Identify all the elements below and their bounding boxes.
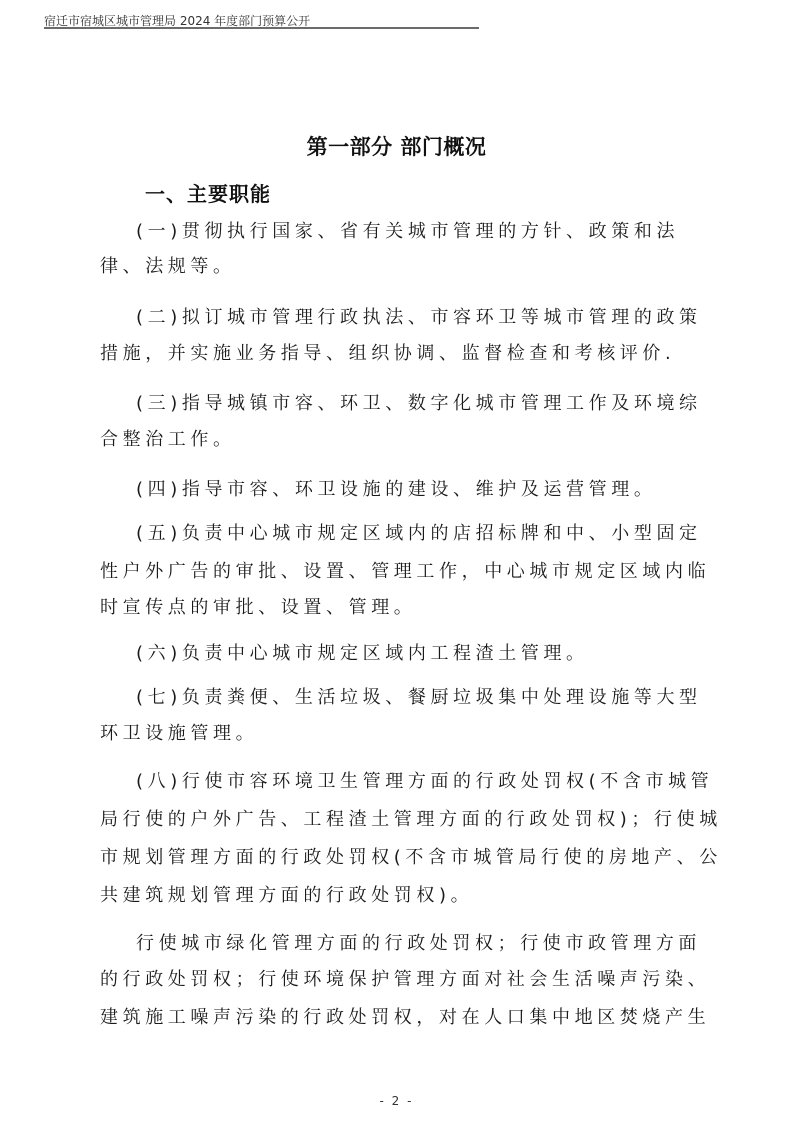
paragraph-line: 时宣传点的审批、设置、管理。: [100, 590, 416, 626]
paragraph-line: 局行使的户外广告、工程渣土管理方面的行政处罚权)；行使城: [100, 802, 722, 838]
paragraph-line: (三)指导城镇市容、环卫、数字化城市管理工作及环境综: [136, 386, 702, 422]
paragraph-line: (八)行使市容环境卫生管理方面的行政处罚权(不含市城管: [136, 764, 713, 800]
paragraph-line: 行使城市绿化管理方面的行政处罚权；行使市政管理方面: [136, 926, 701, 962]
paragraph-line: 措施，并实施业务指导、组织协调、监督检查和考核评价.: [100, 336, 675, 372]
paragraph-line: 市规划管理方面的行政处罚权(不含市城管局行使的房地产、公: [100, 840, 722, 876]
paragraph-line: 性户外广告的审批、设置、管理工作，中心城市规定区域内临: [100, 554, 710, 590]
paragraph-line: (二)拟订城市管理行政执法、市容环卫等城市管理的政策: [136, 300, 702, 336]
paragraph-line: 的行政处罚权；行使环境保护管理方面对社会生活噪声污染、: [100, 962, 710, 998]
section-heading: 一、主要职能: [145, 178, 271, 207]
page-title: 第一部分 部门概况: [0, 131, 793, 161]
paragraph-line: (七)负责粪便、生活垃圾、餐厨垃圾集中处理设施等大型: [136, 680, 702, 716]
header-divider: [44, 27, 479, 29]
paragraph-line: (四)指导市容、环卫设施的建设、维护及运营管理。: [136, 472, 656, 508]
paragraph-line: (一)贯彻执行国家、省有关城市管理的方针、政策和法: [136, 214, 679, 250]
paragraph-line: 建筑施工噪声污染的行政处罚权，对在人口集中地区焚烧产生: [100, 1000, 710, 1036]
page-number: - 2 -: [0, 1094, 793, 1108]
paragraph-line: (六)负责中心城市规定区域内工程渣土管理。: [136, 636, 589, 672]
paragraph-line: 环卫设施管理。: [100, 716, 258, 752]
paragraph-line: (五)负责中心城市规定区域内的店招标牌和中、小型固定: [136, 516, 702, 552]
paragraph-line: 合整治工作。: [100, 422, 236, 458]
paragraph-line: 律、法规等。: [100, 249, 236, 285]
paragraph-line: 共建筑规划管理方面的行政处罚权)。: [100, 878, 473, 914]
